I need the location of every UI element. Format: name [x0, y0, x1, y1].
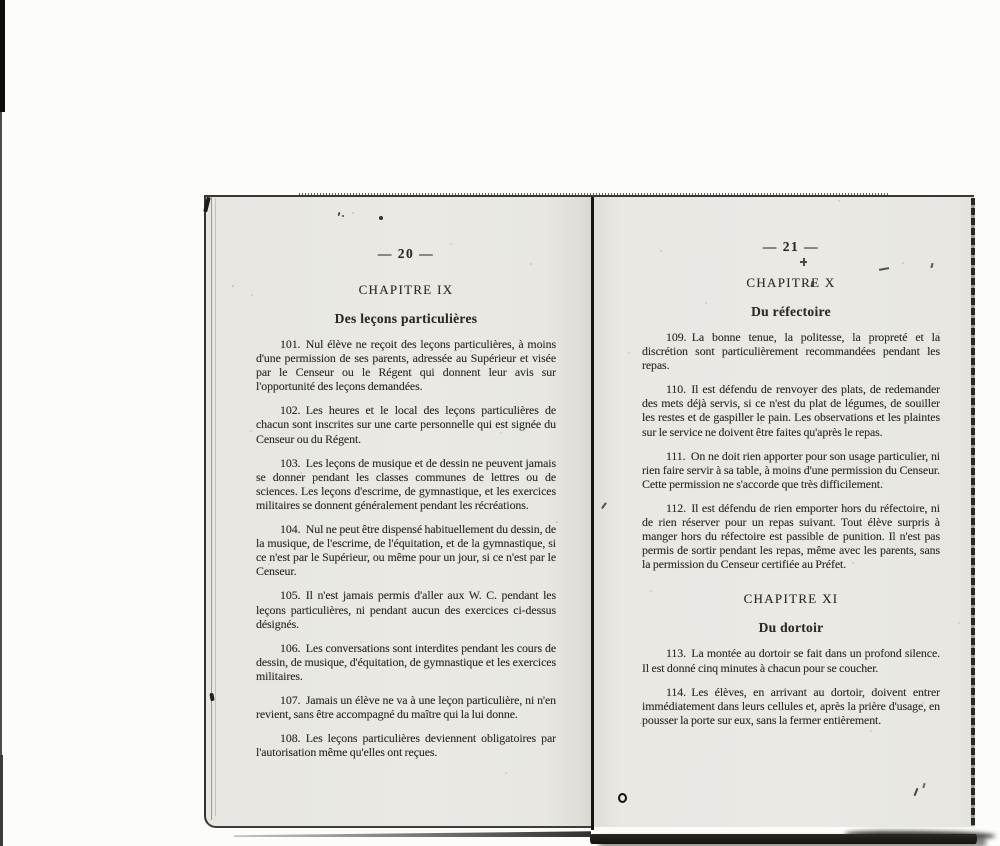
chapter-heading-x: CHAPITRE X	[642, 275, 940, 291]
paragraph-number: 101.	[280, 337, 300, 351]
section-chapitre-x: CHAPITRE X Du réfectoire 109.La bonne te…	[642, 275, 940, 571]
paragraph-107: 107.Jamais un élève ne va à une leçon pa…	[256, 693, 556, 721]
chapter-heading-xi: CHAPITRE XI	[642, 591, 940, 607]
paragraph-text: Les élèves, en arrivant au dortoir, doiv…	[642, 685, 940, 727]
left-page-content: — 20 — CHAPITRE IX Des leçons particuliè…	[256, 196, 556, 759]
paragraph-113: 113.La montée au dortoir se fait dans un…	[642, 646, 940, 674]
chapter-title-x: Du réfectoire	[642, 304, 940, 320]
paragraph-text: Jamais un élève ne va à une leçon partic…	[256, 693, 556, 721]
paragraph-text: Nul ne peut être dispensé habituellement…	[256, 522, 556, 578]
scan-edge-bottom-strip	[0, 755, 3, 846]
paragraph-number: 108.	[280, 731, 300, 745]
book-spine	[591, 196, 594, 830]
section-chapitre-ix: CHAPITRE IX Des leçons particulières 101…	[256, 282, 556, 759]
paragraph-number: 109.	[666, 330, 686, 344]
paragraph-text: Les conversations sont interdites pendan…	[256, 641, 556, 683]
paragraph-106: 106.Les conversations sont interdites pe…	[256, 641, 556, 683]
paragraph-109: 109.La bonne tenue, la politesse, la pro…	[642, 330, 940, 372]
paragraph-text: La bonne tenue, la politesse, la propret…	[642, 330, 940, 372]
right-page: — 21 — CHAPITRE X Du réfectoire 109.La b…	[594, 195, 974, 827]
ink-speck	[379, 216, 383, 220]
paragraph-text: Il est défendu de renvoyer des plats, de…	[642, 382, 940, 438]
left-page-number: — 20 —	[256, 246, 556, 262]
paragraph-number: 114.	[666, 685, 686, 699]
paragraph-text: Il est défendu de rien emporter hors du …	[642, 501, 940, 571]
paragraph-111: 111.On ne doit rien apporter pour son us…	[642, 449, 940, 491]
right-page-content: — 21 — CHAPITRE X Du réfectoire 109.La b…	[642, 195, 940, 727]
left-page-bottom-edge	[234, 831, 591, 837]
paragraph-number: 102.	[280, 403, 300, 417]
paragraph-text: Les heures et le local des leçons partic…	[256, 403, 556, 445]
ink-blot-ring	[618, 793, 627, 803]
paragraph-112: 112.Il est défendu de rien emporter hors…	[642, 501, 940, 571]
paragraph-102: 102.Les heures et le local des leçons pa…	[256, 403, 556, 445]
paragraph-114: 114.Les élèves, en arrivant au dortoir, …	[642, 685, 940, 727]
paragraph-105: 105.Il n'est jamais permis d'aller aux W…	[256, 588, 556, 630]
paragraph-103: 103.Les leçons de musique et de dessin n…	[256, 456, 556, 512]
chapter-title-xi: Du dortoir	[642, 620, 940, 636]
scan-edge-line	[0, 0, 2, 846]
paragraph-text: On ne doit rien apporter pour son usage …	[642, 449, 940, 491]
ink-cross-mark	[800, 261, 807, 263]
right-page-bottom-edge	[590, 834, 977, 844]
book-right-edge	[971, 198, 975, 826]
paragraph-101: 101.Nul élève ne reçoit des leçons parti…	[256, 337, 556, 393]
paragraph-number: 113.	[666, 646, 686, 660]
open-book: — 20 — CHAPITRE IX Des leçons particuliè…	[204, 195, 974, 835]
paragraph-number: 103.	[280, 456, 300, 470]
chapter-title-ix: Des leçons particulières	[256, 311, 556, 327]
paragraph-number: 107.	[280, 693, 300, 707]
right-page-number: — 21 —	[642, 239, 940, 255]
paragraph-number: 111.	[666, 449, 686, 463]
paragraph-number: 112.	[666, 501, 686, 515]
paragraph-text: Les leçons particulières deviennent obli…	[256, 731, 556, 759]
paragraph-number: 106.	[280, 641, 300, 655]
section-chapitre-xi: CHAPITRE XI Du dortoir 113.La montée au …	[642, 591, 940, 726]
left-page: — 20 — CHAPITRE IX Des leçons particuliè…	[204, 196, 592, 828]
paragraph-108: 108.Les leçons particulières deviennent …	[256, 731, 556, 759]
paragraph-number: 105.	[280, 588, 300, 602]
paragraph-text: Il n'est jamais permis d'aller aux W. C.…	[256, 588, 556, 630]
paragraph-text: Les leçons de musique et de dessin ne pe…	[256, 456, 556, 512]
paragraph-text: La montée au dortoir se fait dans un pro…	[642, 646, 940, 674]
chapter-heading-ix: CHAPITRE IX	[256, 282, 556, 298]
paragraph-number: 104.	[280, 522, 300, 536]
paragraph-text: Nul élève ne reçoit des leçons particuli…	[256, 337, 556, 393]
scan-edge-dark-strip	[0, 0, 5, 112]
paragraph-110: 110.Il est défendu de renvoyer des plats…	[642, 382, 940, 438]
paragraph-number: 110.	[666, 382, 686, 396]
paragraph-104: 104.Nul ne peut être dispensé habituelle…	[256, 522, 556, 578]
book-top-edge-texture	[299, 193, 889, 196]
